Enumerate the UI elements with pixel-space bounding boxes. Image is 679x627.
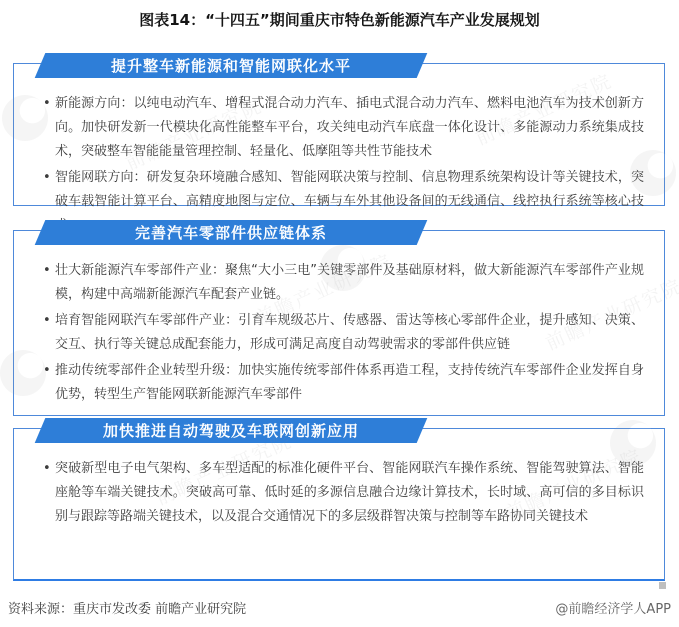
bullet-item: •壮大新能源汽车零部件产业：聚焦“大小三电”关键零部件及基础原材料，做大新能源汽… <box>43 259 644 307</box>
bullet-dot: • <box>43 166 51 190</box>
bullet-dot: • <box>43 259 51 283</box>
bullet-item: •新能源方向：以纯电动汽车、增程式混合动力汽车、插电式混合动力汽车、燃料电池汽车… <box>43 92 644 164</box>
section-banner: 加快推进自动驾驶及车联网创新应用 <box>35 418 428 443</box>
bullet-text: 壮大新能源汽车零部件产业：聚焦“大小三电”关键零部件及基础原材料，做大新能源汽车… <box>55 263 644 302</box>
bullet-text: 新能源方向：以纯电动汽车、增程式混合动力汽车、插电式混合动力汽车、燃料电池汽车为… <box>55 96 644 159</box>
bullet-text: 推动传统零部件企业转型升级：加快实施传统零部件体系再造工程，支持传统汽车零部件企… <box>55 363 644 402</box>
section-content: •壮大新能源汽车零部件产业：聚焦“大小三电”关键零部件及基础原材料，做大新能源汽… <box>14 245 664 409</box>
bullet-dot: • <box>43 359 51 383</box>
bullet-item: •培育智能网联汽车零部件产业：引育车规级芯片、传感器、雷达等核心零部件企业，提升… <box>43 309 644 357</box>
section-content: •新能源方向：以纯电动汽车、增程式混合动力汽车、插电式混合动力汽车、燃料电池汽车… <box>14 78 664 240</box>
bullet-dot: • <box>43 92 51 116</box>
section-content: •突破新型电子电气架构、多车型适配的标准化硬件平台、智能网联汽车操作系统、智能驾… <box>14 443 664 531</box>
bullet-dot: • <box>43 309 51 333</box>
section-header: 完善汽车零部件供应链体系 <box>135 222 327 243</box>
section-box-parts-supply-chain: 完善汽车零部件供应链体系 •壮大新能源汽车零部件产业：聚焦“大小三电”关键零部件… <box>13 230 665 416</box>
footer: 资料来源：重庆市发改委 前瞻产业研究院 @前瞻经济学人APP <box>8 598 671 617</box>
section-header: 提升整车新能源和智能网联化水平 <box>111 55 351 76</box>
section-banner: 完善汽车零部件供应链体系 <box>35 220 428 245</box>
corner-artifact <box>659 582 666 589</box>
bullet-item: •推动传统零部件企业转型升级：加快实施传统零部件体系再造工程，支持传统汽车零部件… <box>43 359 644 407</box>
bullet-text: 突破新型电子电气架构、多车型适配的标准化硬件平台、智能网联汽车操作系统、智能驾驶… <box>55 461 644 524</box>
section-box-autonomous-driving: 加快推进自动驾驶及车联网创新应用 •突破新型电子电气架构、多车型适配的标准化硬件… <box>13 428 665 581</box>
source-note: 资料来源：重庆市发改委 前瞻产业研究院 <box>8 598 246 617</box>
section-banner: 提升整车新能源和智能网联化水平 <box>35 53 428 78</box>
bullet-item: •突破新型电子电气架构、多车型适配的标准化硬件平台、智能网联汽车操作系统、智能驾… <box>43 457 644 529</box>
section-header: 加快推进自动驾驶及车联网创新应用 <box>103 420 359 441</box>
bullet-dot: • <box>43 457 51 481</box>
section-box-vehicle-upgrade: 提升整车新能源和智能网联化水平 •新能源方向：以纯电动汽车、增程式混合动力汽车、… <box>13 63 665 206</box>
bullet-text: 培育智能网联汽车零部件产业：引育车规级芯片、传感器、雷达等核心零部件企业，提升感… <box>55 313 644 352</box>
figure-title: 图表14：“十四五”期间重庆市特色新能源汽车产业发展规划 <box>0 9 679 30</box>
attribution: @前瞻经济学人APP <box>555 598 671 617</box>
